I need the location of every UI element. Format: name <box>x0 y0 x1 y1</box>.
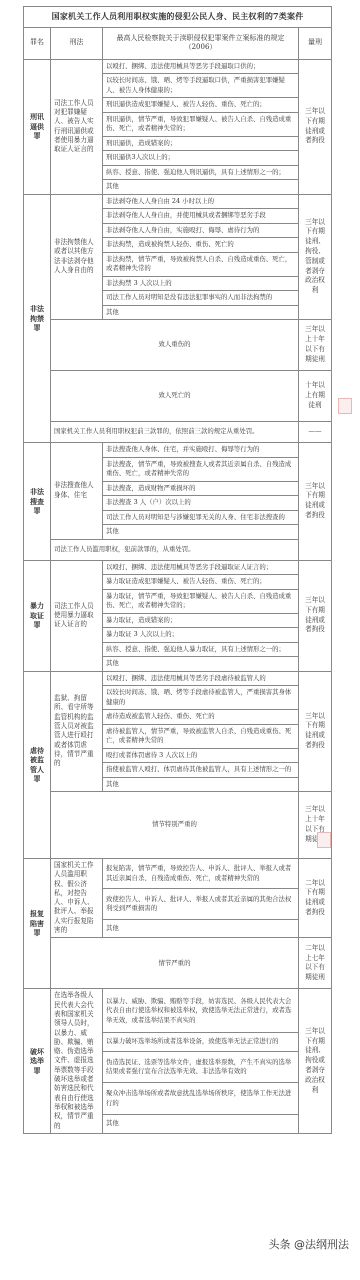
crimes-table: 国家机关工作人员利用职权实施的侵犯公民人身、民主权利的7类案件 罪名 刑法 最高… <box>23 6 332 1134</box>
aggravated-circumstance: 情节严重的 <box>51 938 299 989</box>
condition-row: 非法搜查罪非法搜查他人身体、住宅非法搜查他人身体、住宅，并实施殴打、侮辱等行为的… <box>24 443 332 458</box>
aggravated-circumstance: 情节特别严重的 <box>51 792 299 859</box>
criminal-law-provision: 国家机关工作人员滥用职权、假公济私，对控告人、申诉人、批评人、举报人实行报复陷害… <box>51 859 103 938</box>
aggravated-row: 情节特别严重的三年以上十年以下有期徒刑 <box>24 792 332 859</box>
filing-standard-item: 致使控告人、申诉人、批评人、举报人或者其近亲属的其他合法权利受到严重损害的 <box>103 889 299 919</box>
sentence: 二年以下有期徒刑或者拘役 <box>299 859 332 938</box>
aggravated-sentence: 三年以上十年以下有期徒刑 <box>299 320 332 371</box>
filing-standard-item: 非法拘禁 3 人次以上的 <box>103 276 299 291</box>
title-row: 国家机关工作人员利用职权实施的侵犯公民人身、民主权利的7类案件 <box>24 7 332 28</box>
filing-standard-item: 虐待造成被监管人轻伤、重伤、死亡的 <box>103 710 299 725</box>
criminal-law-provision: 司法工作人员使用暴力逼取证人证言的 <box>51 560 103 671</box>
seal-stamp-icon <box>338 398 352 414</box>
sentence: 三年以下有期徒刑、拘役或者剥夺政治权利 <box>299 989 332 1133</box>
note-text: 国家机关工作人员利用职权犯前三款罪的，依照前三款的规定从重处罚。 <box>51 422 299 443</box>
crime-name: 暴力取证罪 <box>24 560 51 671</box>
filing-standard-item: 暴力取证，情节严重，导致犯罪嫌疑人、被告人自杀、自残造成重伤、死亡，或者精神失常… <box>103 589 299 613</box>
filing-standard-item: 伪造选民证、选票等选举文件，虚报选举票数，产生不真实的选举结果或者强行宣布合法选… <box>103 1052 299 1083</box>
filing-standard-item: 刑讯逼供3人次以上的； <box>103 151 299 166</box>
filing-standard-item: 刑讯逼供，造成错案的； <box>103 136 299 151</box>
filing-standard-item: 暴力取证造成犯罪嫌疑人、被告人轻伤、重伤、死亡的； <box>103 575 299 590</box>
filing-standard-item: 其他 <box>103 180 299 195</box>
crime-name: 破坏选举罪 <box>24 989 51 1133</box>
condition-row: 报复陷害罪国家机关工作人员滥用职权、假公济私，对控告人、申诉人、批评人、举报人实… <box>24 859 332 889</box>
filing-standard-item: 暴力取证，造成错案的； <box>103 613 299 628</box>
filing-standard-item: 其他 <box>103 919 299 937</box>
filing-standard-item: 以殴打、捆绑、违法使用械具等恶劣手段逼取口供的； <box>103 59 299 74</box>
header-standard: 最高人民检察院关于渎职侵权犯罪案件立案标准的规定（2006） <box>103 27 299 59</box>
note-text: 司法工作人员滥用职权，犯前款罪的，从重处罚。 <box>51 539 299 560</box>
filing-standard-item: 纵容、授意、指使、强迫他人刑讯逼供，具有上述情形之一的； <box>103 165 299 180</box>
header-sentence: 量刑 <box>299 27 332 59</box>
sentence: 三年以下有期徒刑或者拘役 <box>299 443 332 561</box>
condition-row: 非法拘禁罪非法拘禁他人或者以其他方法非法剥夺他人人身自由的非法剥夺他人人身自由 … <box>24 194 332 209</box>
filing-standard-item: 以较长时间冻、饿、晒、烤等手段逼取口供，严重损害犯罪嫌疑人、被告人身体健康的； <box>103 74 299 98</box>
aggravated-row: 致人死亡的十年以上有期徒刑 <box>24 371 332 422</box>
filing-standard-item: 非法搜查 3 人（户）次以上的 <box>103 496 299 511</box>
filing-standard-item: 非法搜查，情节严重，导致被搜查人或者其近亲属自杀、自残造成重伤、死亡，或者精神失… <box>103 457 299 481</box>
criminal-law-provision: 在选举各级人民代表大会代表和国家机关领导人员时，以暴力、威胁、欺骗、贿赂、伪造选… <box>51 989 103 1133</box>
aggravated-sentence: 二年以上七年以下有期徒刑 <box>299 938 332 989</box>
filing-standard-item: 其他 <box>103 777 299 792</box>
condition-row: 暴力取证罪司法工作人员使用暴力逼取证人证言的以殴打、捆绑、违法使用械具等恶劣手段… <box>24 560 332 575</box>
seal-stamp-icon <box>317 832 331 848</box>
filing-standard-item: 非法剥夺他人人身自由，并使用械具或者捆绑等恶劣手段 <box>103 209 299 224</box>
note-row: 国家机关工作人员利用职权犯前三款罪的，依照前三款的规定从重处罚。—— <box>24 422 332 443</box>
filing-standard-item: 暴力取证 3 人次以上的； <box>103 628 299 643</box>
aggravated-circumstance: 致人重伤的 <box>51 320 299 371</box>
note-row: 司法工作人员滥用职权，犯前款罪的，从重处罚。 <box>24 539 332 560</box>
filing-standard-item: 以暴力、威胁、欺骗、贿赂等手段，妨害选民、各级人民代表大会代表自由行使选举权和被… <box>103 989 299 1033</box>
filing-standard-item: 其他 <box>103 305 299 320</box>
filing-standard-item: 聚众冲击选举场所或者故意扰乱选举场所秩序，使选举工作无法进行的 <box>103 1083 299 1114</box>
filing-standard-item: 以殴打、捆绑、违法使用械具等恶劣手段逼取证人证言的； <box>103 560 299 575</box>
header-row: 罪名 刑法 最高人民检察院关于渎职侵权犯罪案件立案标准的规定（2006） 量刑 <box>24 27 332 59</box>
filing-standard-item: 司法工作人员对明知是与涉嫌犯罪无关的人身、住宅非法搜查的 <box>103 510 299 525</box>
watermark: 头条 @法纲刑法 <box>266 1235 353 1253</box>
criminal-law-provision: 非法拘禁他人或者以其他方法非法剥夺他人人身自由的 <box>51 194 103 320</box>
aggravated-row: 情节严重的二年以上七年以下有期徒刑 <box>24 938 332 989</box>
filing-standard-item: 纵容、授意、指使、强迫他人暴力取证，具有上述情形之一的； <box>103 642 299 657</box>
sentence: 三年以下有期徒刑或者拘役 <box>299 59 332 194</box>
condition-row: 破坏选举罪在选举各级人民代表大会代表和国家机关领导人员时，以暴力、威胁、欺骗、贿… <box>24 989 332 1033</box>
filing-standard-item: 非法搜查，造成财物严重损坏的 <box>103 481 299 496</box>
filing-standard-item: 其他 <box>103 657 299 672</box>
filing-standard-item: 非法剥夺他人人身自由，实施殴打、侮辱、虐待行为的 <box>103 223 299 238</box>
filing-standard-item: 非法拘禁，情节严重，导致被拘禁人自杀、自残造成重伤、死亡，或者精神失常的 <box>103 252 299 276</box>
sentence: 三年以下有期徒刑或者拘役 <box>299 671 332 792</box>
table-title: 国家机关工作人员利用职权实施的侵犯公民人身、民主权利的7类案件 <box>24 7 332 28</box>
document-table-container: 国家机关工作人员利用职权实施的侵犯公民人身、民主权利的7类案件 罪名 刑法 最高… <box>23 6 331 1134</box>
filing-standard-item: 其他 <box>103 1114 299 1133</box>
filing-standard-item: 司法工作人员对明知是没有违法犯罪事实的人而非法拘禁的 <box>103 291 299 306</box>
condition-row: 刑讯逼供罪司法工作人员对犯罪嫌疑人、被告人实行刑讯逼供或者使用暴力逼取证人证言的… <box>24 59 332 74</box>
sentence: 三年以下有期徒刑或者拘役 <box>299 560 332 671</box>
crime-name: 非法拘禁罪 <box>24 194 51 443</box>
condition-row: 虐待被监管人罪监狱、拘留所、看守所等监管机构的监管人员对被监管人进行殴打或者体罚… <box>24 671 332 686</box>
header-crime: 罪名 <box>24 27 51 59</box>
crime-name: 虐待被监管人罪 <box>24 671 51 859</box>
filing-standard-item: 其他 <box>103 525 299 540</box>
filing-standard-item: 刑讯逼供，情节严重，导致犯罪嫌疑人、被告人自杀、自残造成重伤、死亡，或者精神失常… <box>103 112 299 136</box>
crime-name: 非法搜查罪 <box>24 443 51 561</box>
filing-standard-item: 以暴力破坏选举场所或者选举设备，致使选举无法正常进行的 <box>103 1033 299 1052</box>
aggravated-sentence: 三年以上十年以下有期徒刑 <box>299 792 332 859</box>
filing-standard-item: 刑讯逼供造成犯罪嫌疑人、被告人轻伤、重伤、死亡的； <box>103 98 299 113</box>
criminal-law-provision: 监狱、拘留所、看守所等监管机构的监管人员对被监管人进行殴打或者体罚虐待，情节严重… <box>51 671 103 792</box>
filing-standard-item: 报复陷害，情节严重，导致控告人、申诉人、批评人、举报人或者其近亲属自杀、自残造成… <box>103 859 299 889</box>
filing-standard-item: 以较长时间冻、饿、晒、烤等手段虐待被监管人，严重损害其身体健康的 <box>103 686 299 710</box>
crime-name: 刑讯逼供罪 <box>24 59 51 194</box>
filing-standard-item: 非法剥夺他人人身自由 24 小时以上的 <box>103 194 299 209</box>
aggravated-row: 致人重伤的三年以上十年以下有期徒刑 <box>24 320 332 371</box>
filing-standard-item: 非法拘禁，造成被拘禁人轻伤、重伤、死亡的 <box>103 238 299 253</box>
crime-name: 报复陷害罪 <box>24 859 51 989</box>
aggravated-sentence: 十年以上有期徒刑 <box>299 371 332 422</box>
note-sentence: —— <box>299 422 332 443</box>
filing-standard-item: 殴打或者体罚虐待 3 人次以上的 <box>103 748 299 763</box>
criminal-law-provision: 司法工作人员对犯罪嫌疑人、被告人实行刑讯逼供或者使用暴力逼取证人证言的 <box>51 59 103 194</box>
criminal-law-provision: 非法搜查他人身体、住宅 <box>51 443 103 540</box>
header-act: 刑法 <box>51 27 103 59</box>
filing-standard-item: 指使被监管人殴打、体罚虐待其他被监管人，具有上述情形之一的 <box>103 763 299 778</box>
aggravated-circumstance: 致人死亡的 <box>51 371 299 422</box>
filing-standard-item: 非法搜查他人身体、住宅，并实施殴打、侮辱等行为的 <box>103 443 299 458</box>
filing-standard-item: 以殴打、捆绑、违法使用械具等恶劣手段虐待被监管人的 <box>103 671 299 686</box>
filing-standard-item: 虐待被监管人，情节严重，导致被监管人自杀、自残造成重伤、死亡，或者精神失常的 <box>103 724 299 748</box>
sentence: 三年以下有期徒刑、拘役、管制或者剥夺政治权利 <box>299 194 332 320</box>
